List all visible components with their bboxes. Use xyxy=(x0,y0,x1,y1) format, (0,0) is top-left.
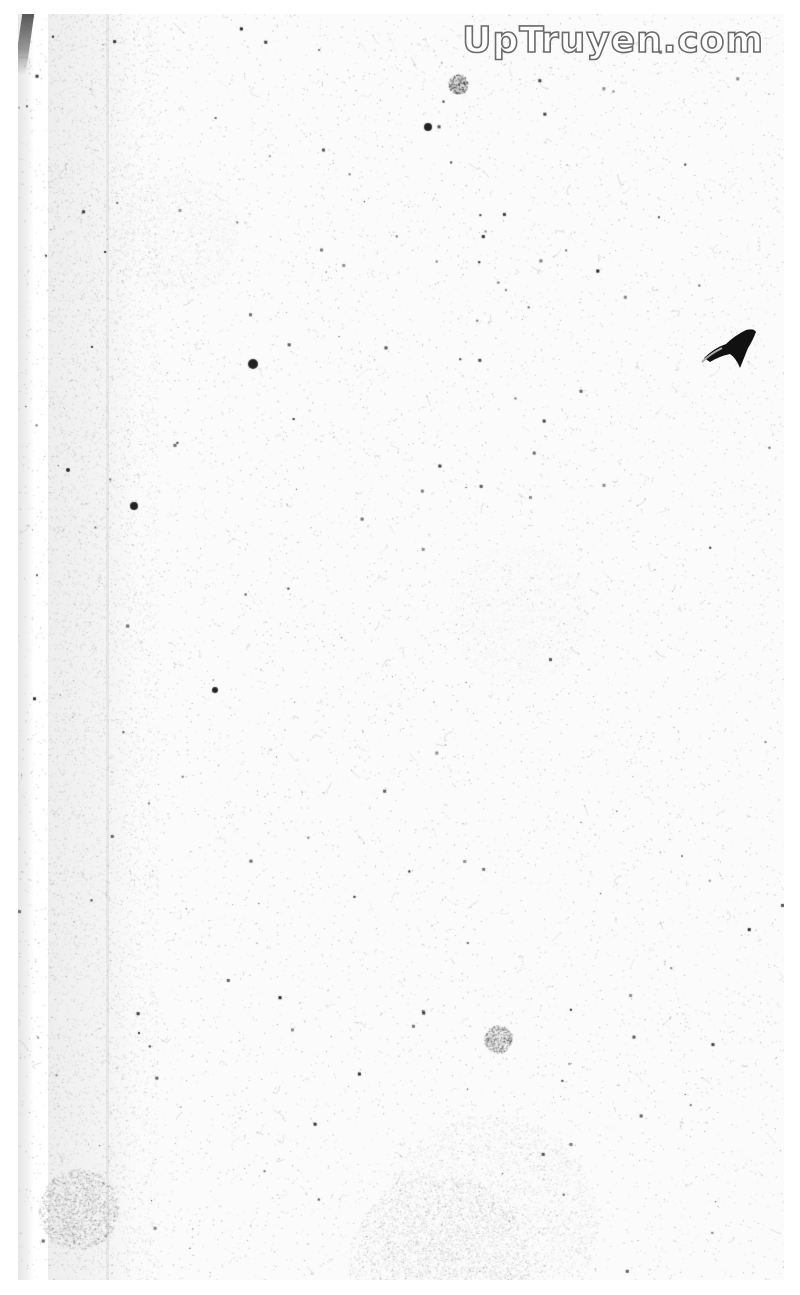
scanned-page xyxy=(18,14,784,1280)
site-watermark: UpTruyen.com xyxy=(462,20,764,61)
paper-grain xyxy=(18,14,784,1280)
ink-blot-icon xyxy=(700,318,760,372)
